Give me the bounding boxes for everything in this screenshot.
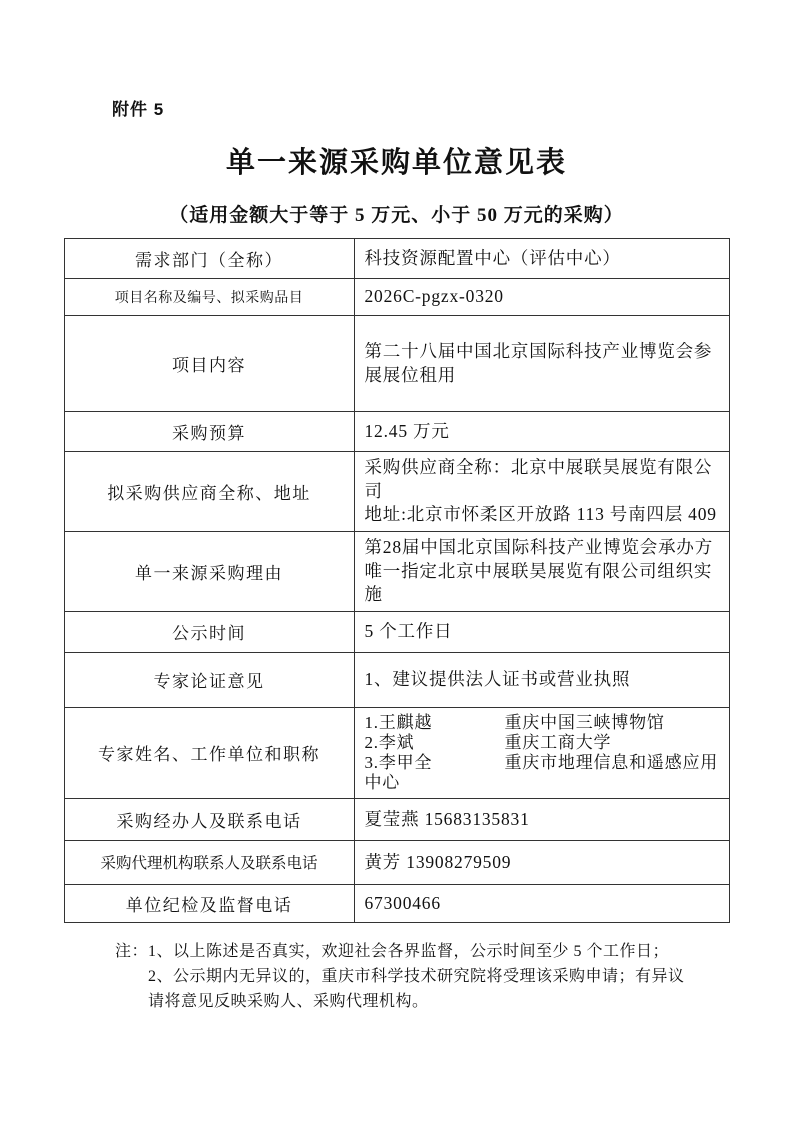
expert-name: 2.李斌 [365, 733, 505, 753]
row-value: 第28届中国北京国际科技产业博览会承办方唯一指定北京中展联昊展览有限公司组织实施 [354, 531, 729, 611]
page-subtitle: （适用金额大于等于 5 万元、小于 50 万元的采购） [0, 200, 793, 227]
expert-line: 1.王麒越重庆中国三峡博物馆 [365, 713, 721, 733]
row-value-experts: 1.王麒越重庆中国三峡博物馆 2.李斌重庆工商大学 3.李甲全重庆市地理信息和遥… [354, 707, 729, 798]
row-label: 采购代理机构联系人及联系电话 [64, 840, 354, 884]
expert-org: 重庆中国三峡博物馆 [505, 713, 665, 732]
row-label: 专家论证意见 [64, 652, 354, 707]
row-label: 项目名称及编号、拟采购品目 [64, 279, 354, 316]
table-row-project-content: 项目内容 第二十八届中国北京国际科技产业博览会参展展位租用 [64, 316, 729, 412]
table-row-expert-opinion: 专家论证意见 1、建议提供法人证书或营业执照 [64, 652, 729, 707]
note-prefix: 注： [115, 943, 148, 960]
row-value: 科技资源配置中心（评估中心） [354, 239, 729, 279]
table-row-expert-names: 专家姓名、工作单位和职称 1.王麒越重庆中国三峡博物馆 2.李斌重庆工商大学 3… [64, 707, 729, 798]
expert-name: 3.李甲全 [365, 753, 505, 773]
row-value: 夏莹燕 15683135831 [354, 798, 729, 840]
table-row-single-source-reason: 单一来源采购理由 第28届中国北京国际科技产业博览会承办方唯一指定北京中展联昊展… [64, 531, 729, 611]
note-line-1: 注：1、以上陈述是否真实，欢迎社会各界监督，公示时间至少 5 个工作日； [115, 940, 715, 965]
row-value: 2026C-pgzx-0320 [354, 279, 729, 316]
row-label: 项目内容 [64, 316, 354, 412]
row-label: 单一来源采购理由 [64, 531, 354, 611]
expert-line: 2.李斌重庆工商大学 [365, 733, 721, 753]
row-value: 1、建议提供法人证书或营业执照 [354, 652, 729, 707]
expert-name: 1.王麒越 [365, 713, 505, 733]
row-value: 黄芳 13908279509 [354, 840, 729, 884]
note-item-2: 2、公示期内无异议的，重庆市科学技术研究院将受理该采购申请；有异议请将意见反映采… [148, 965, 700, 1015]
row-label: 采购经办人及联系电话 [64, 798, 354, 840]
row-label: 采购预算 [64, 412, 354, 452]
attachment-label: 附件 5 [112, 95, 793, 120]
table-row-handler-phone: 采购经办人及联系电话 夏莹燕 15683135831 [64, 798, 729, 840]
table-row-demand-department: 需求部门（全称） 科技资源配置中心（评估中心） [64, 239, 729, 279]
footer-notes: 注：1、以上陈述是否真实，欢迎社会各界监督，公示时间至少 5 个工作日； 2、公… [115, 940, 715, 1014]
row-label: 公示时间 [64, 611, 354, 652]
row-label: 拟采购供应商全称、地址 [64, 452, 354, 532]
row-label: 需求部门（全称） [64, 239, 354, 279]
note-item-1: 1、以上陈述是否真实，欢迎社会各界监督，公示时间至少 5 个工作日； [148, 943, 669, 960]
row-value: 第二十八届中国北京国际科技产业博览会参展展位租用 [354, 316, 729, 412]
table-row-agency-contact-phone: 采购代理机构联系人及联系电话 黄芳 13908279509 [64, 840, 729, 884]
row-value: 12.45 万元 [354, 412, 729, 452]
row-label: 专家姓名、工作单位和职称 [64, 707, 354, 798]
row-label: 单位纪检及监督电话 [64, 884, 354, 922]
document-page: 附件 5 单一来源采购单位意见表 （适用金额大于等于 5 万元、小于 50 万元… [0, 0, 793, 1122]
table-row-supplier-name-address: 拟采购供应商全称、地址 采购供应商全称：北京中展联昊展览有限公司 地址:北京市怀… [64, 452, 729, 532]
row-value: 67300466 [354, 884, 729, 922]
row-value: 5 个工作日 [354, 611, 729, 652]
table-row-supervision-phone: 单位纪检及监督电话 67300466 [64, 884, 729, 922]
expert-line: 3.李甲全重庆市地理信息和遥感应用中心 [365, 753, 721, 793]
expert-org: 重庆工商大学 [505, 733, 612, 752]
table-row-publicity-period: 公示时间 5 个工作日 [64, 611, 729, 652]
page-title: 单一来源采购单位意见表 [0, 140, 793, 181]
table-row-procurement-budget: 采购预算 12.45 万元 [64, 412, 729, 452]
table-row-project-name-number: 项目名称及编号、拟采购品目 2026C-pgzx-0320 [64, 279, 729, 316]
opinion-table: 需求部门（全称） 科技资源配置中心（评估中心） 项目名称及编号、拟采购品目 20… [64, 238, 730, 923]
row-value: 采购供应商全称：北京中展联昊展览有限公司 地址:北京市怀柔区开放路 113 号南… [354, 452, 729, 532]
